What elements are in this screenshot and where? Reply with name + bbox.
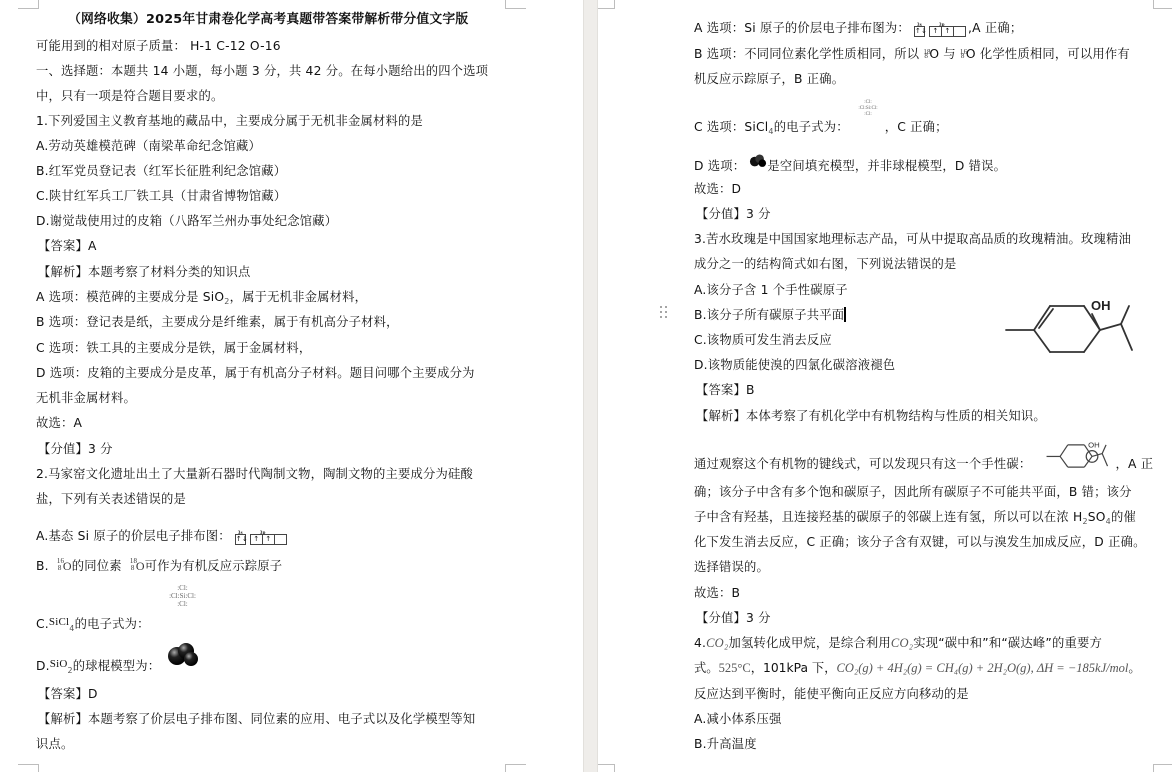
q4-option-b: B.升高温度: [694, 736, 757, 752]
isotope-o16: 168O: [63, 559, 72, 573]
crop-mark: [1153, 0, 1172, 9]
q2-analysis-c: C 选项：SiCl4的电子式为：，C 正确；: [694, 119, 948, 140]
document-page-left[interactable]: （网络收集）2025年甘肃卷化学高考真题带答案带解析带分值文字版 可能用到的相对…: [0, 0, 583, 772]
q1-option-d: D.谢觉哉使用过的皮箱（八路军兰州办事处纪念馆藏）: [36, 213, 337, 229]
q2-choice: 故选：D: [694, 181, 741, 197]
q2-answer: 【答案】D: [38, 686, 98, 702]
crop-mark: [505, 0, 526, 9]
question-1: 1.下列爱国主义教育基地的藏品中，主要成分属于无机非金属材料的是: [36, 113, 423, 129]
crop-mark: [598, 764, 615, 772]
q2-analysis-cont: 识点。: [36, 736, 74, 752]
q2-analysis-d: D 选项： 是空间填充模型，并非球棍模型，D 错误。: [694, 154, 1006, 174]
q3-answer: 【答案】B: [696, 382, 755, 398]
sicl4-electron-formula-image: :Cl: :Cl:Si:Cl: :Cl:: [853, 100, 883, 118]
q1-analysis-b: B 选项：登记表是纸，主要成分是纤维素，属于有机高分子材料，: [36, 314, 399, 330]
q2-option-c: C.SiCl4的电子式为：: [36, 614, 150, 637]
section-instructions-cont: 中，只有一项是符合题目要求的。: [36, 88, 223, 104]
q3-option-d: D.该物质能使溴的四氯化碳溶液褪色: [694, 357, 895, 373]
q2-option-b: B. 168O的同位素 188O可作为有机反应示踪原子: [36, 558, 282, 574]
q2-analysis: 【解析】本题考察了价层电子排布图、同位素的应用、电子式以及化学模型等知: [38, 711, 475, 727]
terpinen-4-ol-structure-image: OH: [1004, 296, 1138, 358]
q2-score: 【分值】3 分: [696, 206, 771, 222]
crop-mark: [598, 0, 615, 9]
q1-option-a: A.劳动英雄模范碑（南梁革命纪念馆藏）: [36, 138, 261, 154]
atomic-mass-line: 可能用到的相对原子质量： H-1 C-12 O-16: [36, 38, 281, 54]
q3-analysis-line5: 选择错误的。: [694, 559, 769, 575]
crop-mark: [1153, 764, 1172, 772]
sio2-space-filling-model-image: [167, 642, 199, 668]
document-title: （网络收集）2025年甘肃卷化学高考真题带答案带解析带分值文字版: [68, 12, 468, 28]
q1-choice: 故选：A: [36, 415, 82, 431]
q2-analysis-b-cont: 机反应示踪原子，B 正确。: [694, 71, 844, 87]
q1-option-c: C.陕甘红军兵工厂铁工具（甘肃省博物馆藏）: [36, 188, 286, 204]
crop-mark: [505, 764, 526, 772]
svg-text:OH: OH: [1091, 298, 1111, 313]
q1-score: 【分值】3 分: [38, 441, 113, 457]
question-4-equation: 式。525°C，101kPa 下，CO₂(g) + 4H₂(g) = CH₄(g…: [694, 660, 1141, 676]
q2-option-d: D.SiO2的球棍模型为：: [36, 656, 160, 679]
svg-text:OH: OH: [1088, 441, 1100, 450]
question-2-cont: 盐，下列有关表述错误的是: [36, 491, 186, 507]
q3-analysis-line3: 子中含有羟基，且连接羟基的碳原子的邻碳上连有氢，所以可以在浓 H2SO4的催: [694, 509, 1136, 530]
question-3: 3.苦水玫瑰是中国国家地理标志产品，可从中提取高品质的玫瑰精油。玫瑰精油: [694, 231, 1131, 247]
q1-answer: 【答案】A: [38, 238, 97, 254]
question-4: 4.CO₂加氢转化成甲烷，是综合利用CO₂实现“碳中和”和“碳达峰”的重要方: [694, 635, 1102, 651]
sicl4-electron-formula-image: :Cl: :Cl:Si:Cl: :Cl:: [160, 584, 205, 608]
q1-analysis-d-cont: 无机非金属材料。: [36, 390, 136, 406]
question-4-cont: 反应达到平衡时，能使平衡向正反应方向移动的是: [694, 686, 969, 702]
q2-option-a: A.基态 Si 原子的价层电子排布图： 3s 3p ↑↓ ↑ ↑: [36, 528, 289, 544]
q3-option-a: A.该分子含 1 个手性碳原子: [694, 282, 848, 298]
question-3-cont: 成分之一的结构简式如右图，下列说法错误的是: [694, 256, 956, 272]
q1-analysis-c: C 选项：铁工具的主要成分是铁，属于金属材料，: [36, 340, 311, 356]
q3-option-b: B.该分子所有碳原子共平面: [694, 307, 846, 323]
q3-analysis: 【解析】本体考察了有机化学中有机物结构与性质的相关知识。: [696, 408, 1046, 424]
page-gutter: [583, 0, 598, 772]
space-filling-model-icon: [749, 154, 767, 168]
q1-option-b: B.红军党员登记表（红军长征胜利纪念馆藏）: [36, 163, 286, 179]
orbital-diagram: 3s 3p ↑↓ ↑ ↑: [914, 20, 968, 34]
section-instructions: 一、选择题：本题共 14 小题，每小题 3 分，共 42 分。在每小题给出的四个…: [36, 63, 488, 79]
q1-analysis-d: D 选项：皮箱的主要成分是皮革，属于有机高分子材料。题目问哪个主要成分为: [36, 365, 475, 381]
document-page-right[interactable]: A 选项：Si 原子的价层电子排布图为： 3s 3p ↑↓ ↑ ↑ ,A 正确；…: [598, 0, 1172, 772]
q2-analysis-b: B 选项：不同同位素化学性质相同，所以 188O 与 168O 化学性质相同，可…: [694, 46, 1130, 64]
q1-analysis-heading: 【解析】本题考察了材料分类的知识点: [38, 264, 250, 280]
q3-option-c: C.该物质可发生消去反应: [694, 332, 832, 348]
crop-mark: [18, 0, 39, 9]
q1-analysis-a: A 选项：模范碑的主要成分是 SiO2，属于无机非金属材料，: [36, 289, 367, 310]
q3-choice: 故选：B: [694, 585, 740, 601]
q4-option-a: A.减小体系压强: [694, 711, 782, 727]
chiral-carbon-structure-image: OH: [1044, 440, 1112, 470]
text-cursor: [844, 307, 846, 322]
q3-analysis-line2: 确；该分子中含有多个饱和碳原子，因此所有碳原子不可能共平面，B 错；该分: [694, 484, 1132, 500]
q3-score: 【分值】3 分: [696, 610, 771, 626]
orbital-diagram: 3s 3p ↑↓ ↑ ↑: [235, 528, 289, 542]
q3-analysis-line4: 化下发生消去反应，C 正确；该分子含有双键，可以与溴发生加成反应，D 正确。: [694, 534, 1146, 550]
crop-mark: [18, 764, 39, 772]
paragraph-drag-handle-icon[interactable]: [660, 306, 668, 320]
question-2: 2.马家窑文化遗址出土了大量新石器时代陶制文物，陶制文物的主要成分为硅酸: [36, 466, 473, 482]
q2-analysis-a: A 选项：Si 原子的价层电子排布图为： 3s 3p ↑↓ ↑ ↑ ,A 正确；: [694, 20, 1022, 36]
isotope-o18: 188O: [136, 559, 145, 573]
